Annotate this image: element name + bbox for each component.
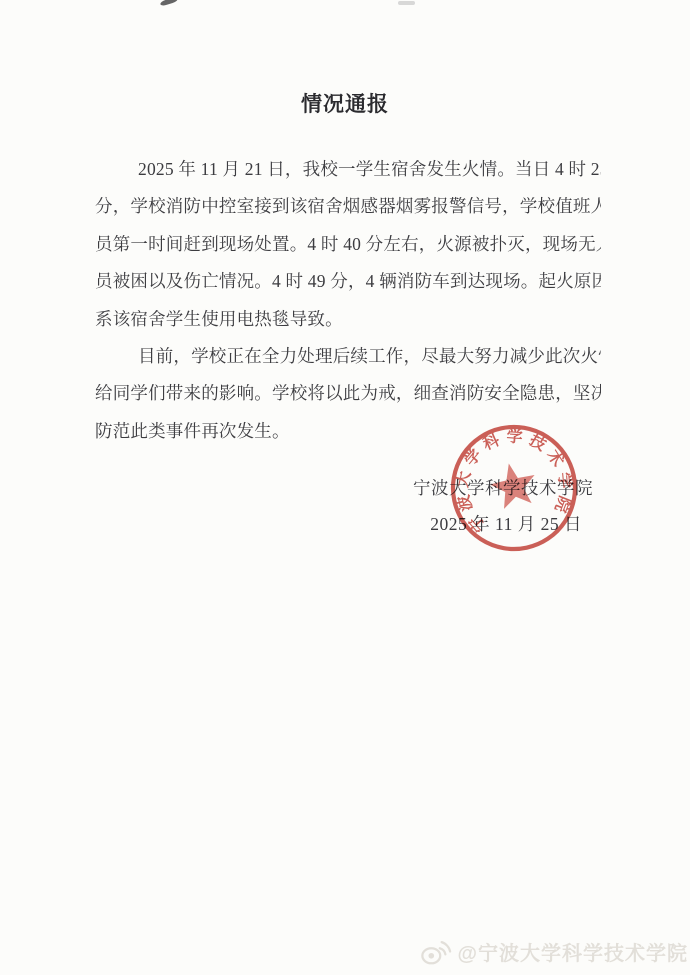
notice-document-page: 情况通报 2025 年 11 月 21 日，我校一学生宿舍发生火情。当日 4 时…	[0, 0, 690, 975]
body-line: 分，学校消防中控室接到该宿舍烟感器烟雾报警信号，学校值班人	[95, 188, 601, 225]
official-seal: 宁波大学科学技术学院	[435, 409, 594, 568]
document-body: 2025 年 11 月 21 日，我校一学生宿舍发生火情。当日 4 时 25 分…	[95, 151, 601, 450]
body-line: 给同学们带来的影响。学校将以此为戒，细查消防安全隐患，坚决	[95, 375, 601, 412]
weibo-icon	[420, 938, 452, 966]
body-line: 员被困以及伤亡情况。4 时 49 分，4 辆消防车到达现场。起火原因	[95, 263, 601, 300]
scan-artifact-mark	[398, 1, 415, 5]
star-icon	[487, 459, 541, 511]
watermark-handle: @宁波大学科学技术学院	[457, 937, 688, 966]
body-line: 2025 年 11 月 21 日，我校一学生宿舍发生火情。当日 4 时 25	[95, 151, 601, 188]
weibo-watermark: @宁波大学科学技术学院	[420, 937, 688, 966]
body-line: 目前，学校正在全力处理后续工作，尽最大努力减少此次火情	[95, 338, 601, 375]
body-line: 员第一时间赶到现场处置。4 时 40 分左右，火源被扑灭，现场无人	[95, 226, 601, 263]
scan-artifact-mark	[160, 0, 179, 7]
body-line: 系该宿舍学生使用电热毯导致。	[95, 301, 601, 338]
document-title: 情况通报	[0, 88, 690, 118]
